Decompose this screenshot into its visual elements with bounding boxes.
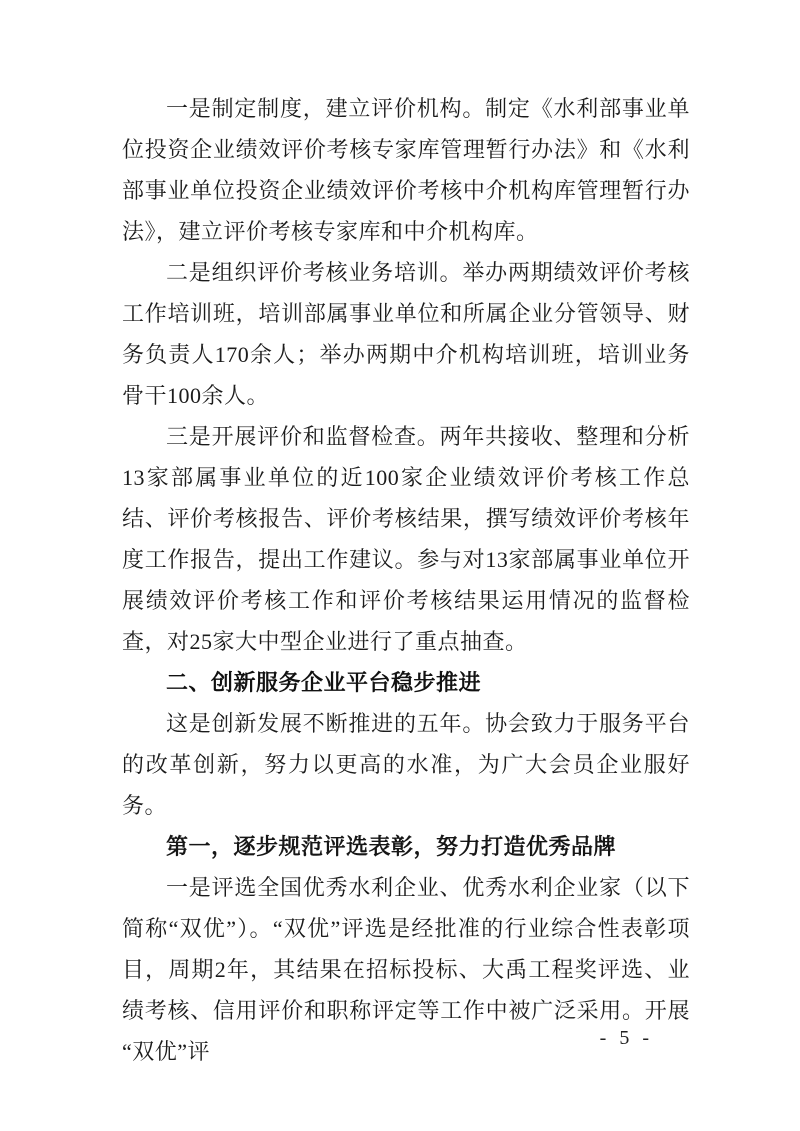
document-page: 一是制定制度，建立评价机构。制定《水利部事业单位投资企业绩效评价考核专家库管理暂… <box>0 0 800 1131</box>
section-heading-service-platform: 二、创新服务企业平台稳步推进 <box>122 662 690 703</box>
paragraph-training: 二是组织评价考核业务培训。举办两期绩效评价考核工作培训班，培训部属事业单位和所属… <box>122 252 690 416</box>
paragraph-supervision-check: 三是开展评价和监督检查。两年共接收、整理和分析13家部属事业单位的近100家企业… <box>122 416 690 662</box>
document-body: 一是制定制度，建立评价机构。制定《水利部事业单位投资企业绩效评价考核专家库管理暂… <box>122 88 690 1072</box>
subsection-heading-awards-brand: 第一，逐步规范评选表彰，努力打造优秀品牌 <box>122 826 690 867</box>
paragraph-evaluation-system: 一是制定制度，建立评价机构。制定《水利部事业单位投资企业绩效评价考核专家库管理暂… <box>122 88 690 252</box>
page-number: - 5 - <box>600 1026 653 1050</box>
paragraph-innovation-intro: 这是创新发展不断推进的五年。协会致力于服务平台的改革创新，努力以更高的水准，为广… <box>122 703 690 826</box>
